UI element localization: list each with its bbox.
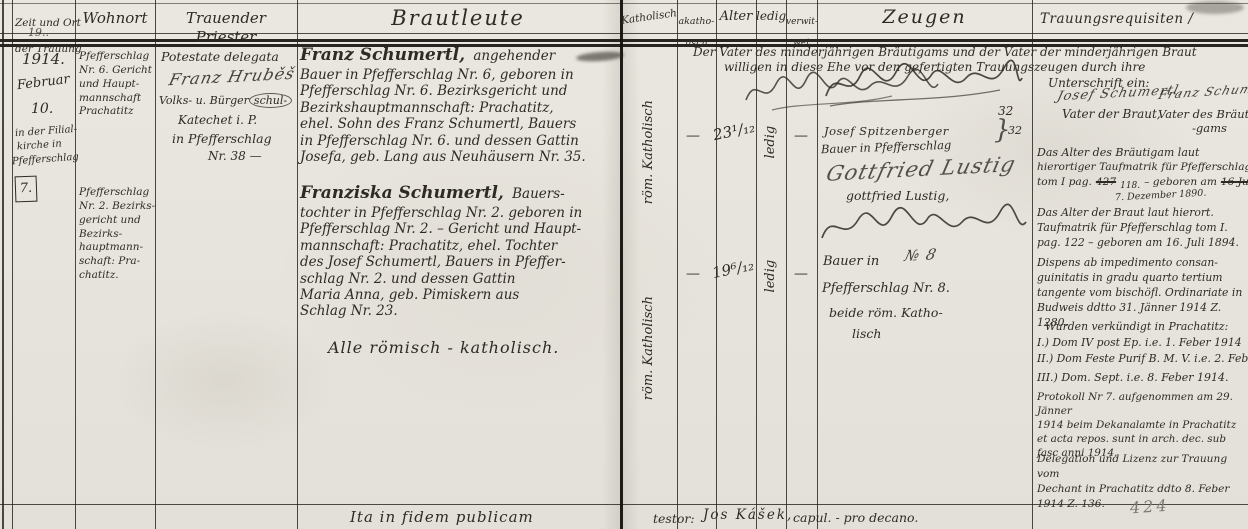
page-number-pencil: 424 [1129, 496, 1170, 519]
header-zeit-ort-year: 19.. [28, 26, 49, 40]
witness3-occupation-line2: Pfefferschlag Nr. 8. [822, 281, 950, 297]
req-groom-age-line3: tom I pag.427118.– geboren am16 Juli 189… [1037, 176, 1248, 192]
header-zeugen: Zeugen [817, 6, 1032, 30]
header-ledig: ledig [756, 9, 786, 24]
wohnort-bride: Pfefferschlag Nr. 2. Bezirks- gericht un… [79, 186, 174, 283]
priest-name-signature: Franz Hruběš [167, 64, 297, 90]
record-day: 10. [31, 101, 53, 119]
bride-name-line: Franziska Schumertl, Bauers- [300, 183, 565, 204]
witness3-religion-line2: lisch [852, 326, 881, 342]
bride-details: tochter in Pfefferschlag Nr. 2. geboren … [300, 205, 622, 320]
req-banns-2: II.) Dom Feste Purif B. M. V. i.e. 2. Fe… [1037, 352, 1248, 365]
col-divider-priester-brautleute [297, 0, 298, 529]
req-groom-age-page-new: 118. [1120, 181, 1140, 191]
father-groom-label-line2: -gams [1192, 121, 1227, 135]
marriage-register-page: Zeit und Ort der Trauung 19.. Wohnort Tr… [0, 0, 1248, 529]
groom-ledig: ledig [763, 126, 779, 159]
priest-role-line3: in Pfefferschlag [172, 131, 272, 147]
groom-name-suffix: angehender [473, 48, 555, 64]
groom-verwitwet-dash: — [794, 128, 808, 146]
req-banns-1: I.) Dom IV post Ep. i.e. 1. Feber 1914 [1037, 336, 1242, 349]
witness1-signature-scrawl [820, 56, 1025, 108]
witness1-name: Josef Spitzenberger [824, 124, 949, 138]
req-dispens: Dispens ab impedimento consan- guinitati… [1037, 255, 1248, 330]
groom-katholisch: röm. Katholisch [641, 100, 657, 204]
footer-testor-label: testor: [653, 511, 695, 527]
header-verwitwet: verwit- wet [786, 7, 817, 48]
priest-role-circled: schul- [249, 93, 292, 108]
bride-ledig: ledig [763, 260, 779, 293]
bride-ledig-cell: ledig [755, 232, 787, 320]
header-priester: Trauender Priester [157, 9, 295, 47]
req-groom-age-mid: – geboren am [1144, 176, 1217, 188]
req-groom-age-line1: Das Alter des Bräutigam laut [1037, 146, 1199, 160]
witness2-signature: Gottfried Lustig [824, 151, 1019, 187]
bride-katholisch: röm. Katholisch [641, 296, 657, 400]
req-groom-age-line2: hierortiger Taufmatrik für Pfefferschlag [1037, 161, 1248, 174]
record-year: 1914. [22, 50, 65, 69]
priest-role-pre: Volks- u. Bürger [159, 94, 249, 107]
req-groom-age-page-old: 427 [1096, 176, 1116, 188]
bride-akatholisch-dash: — [686, 266, 700, 284]
header-wohnort: Wohnort [77, 9, 153, 28]
bride-name-suffix: Bauers- [512, 186, 565, 202]
bride-katholisch-cell: röm. Katholisch [621, 248, 677, 448]
witness3-signature-scrawl [818, 202, 1030, 250]
req-banns-3: III.) Dom. Sept. i.e. 8. Feber 1914. [1037, 371, 1229, 385]
father-bride-label: Vater der Braut, [1062, 107, 1161, 122]
req-groom-age-date-old: 16 Juli 1891 [1221, 176, 1248, 188]
col-divider-kath-akath [677, 0, 678, 529]
bride-name: Franziska Schumertl, [300, 183, 504, 203]
footer-attestation: Ita in fidem publicam [350, 508, 534, 527]
witness1-occupation: Bauer in Pfefferschlag [821, 138, 952, 157]
header-akatholisch: akatho- lisch [677, 6, 716, 50]
witness3-religion-line1: beide röm. Katho- [829, 305, 943, 321]
priest-role-line1: Volks- u. Bürgerschul- [159, 94, 292, 108]
record-number: 7. [20, 181, 33, 198]
record-month: Februar [16, 72, 70, 95]
record-place-line2: kirche in [17, 138, 63, 154]
left-edge-line-1 [2, 0, 4, 529]
bride-verwitwet-dash: — [794, 266, 808, 284]
witness3-house-note: № 8 [903, 245, 939, 265]
left-edge-line-2 [12, 0, 13, 529]
req-groom-age-tom: tom I pag. [1037, 176, 1092, 188]
header-requisiten: Trauungsrequisiten / [1040, 11, 1193, 28]
groom-details: Bauer in Pfefferschlag Nr. 6, geboren in… [300, 67, 622, 165]
priest-role-line2: Katechet i. P. [178, 113, 257, 128]
header-brautleute: Brautleute [299, 5, 617, 31]
record-place-line3: Pfefferschlag [12, 152, 80, 169]
record-place-line1: in der Filial- [15, 124, 78, 141]
header-verwitwet-line1: verwit- [786, 17, 818, 27]
bride-age: 19⁶/₁₂ [711, 256, 756, 283]
groom-akatholisch-dash: — [686, 128, 700, 146]
col-divider-zeitort-wohnort [75, 0, 76, 529]
ink-smudge-top-right [1186, 1, 1244, 14]
priest-delegation: Potestate delegata [161, 49, 279, 65]
wohnort-groom: Pfefferschlag Nr. 6. Gericht und Haupt- … [79, 50, 169, 119]
groom-name-line: Franz Schumertl, angehender [300, 45, 555, 66]
req-protokoll: Protokoll Nr 7. aufgenommen am 29. Jänne… [1037, 390, 1248, 460]
witness1-house-number: 32 [1008, 124, 1022, 138]
header-alter: Alter [716, 9, 756, 25]
priest-role-line4: Nr. 38 — [208, 149, 262, 164]
footer-testor-name: Jos Kášek, [703, 507, 793, 524]
witness3-occupation-line1: Bauer in [823, 254, 879, 270]
religion-note: Alle römisch - katholisch. [328, 338, 559, 358]
record-number-box: 7. [15, 176, 38, 203]
groom-age: 23¹/₁₂ [712, 118, 757, 145]
groom-katholisch-cell: röm. Katholisch [621, 55, 677, 250]
req-bride-age: Das Alter der Braut laut hierort. Taufma… [1037, 206, 1248, 250]
header-akatholisch-line1: akatho- [679, 16, 715, 27]
top-rule [0, 3, 1248, 4]
footer-testor-role: capul. - pro decano. [793, 510, 918, 526]
col-divider-zeugen-requisiten [1032, 0, 1033, 529]
father-groom-label-line1: Vater des Bräuti- [1158, 107, 1248, 121]
req-banns-intro: Wurden verkündigt in Prachatitz: [1045, 320, 1228, 333]
groom-name: Franz Schumertl, [300, 45, 465, 65]
